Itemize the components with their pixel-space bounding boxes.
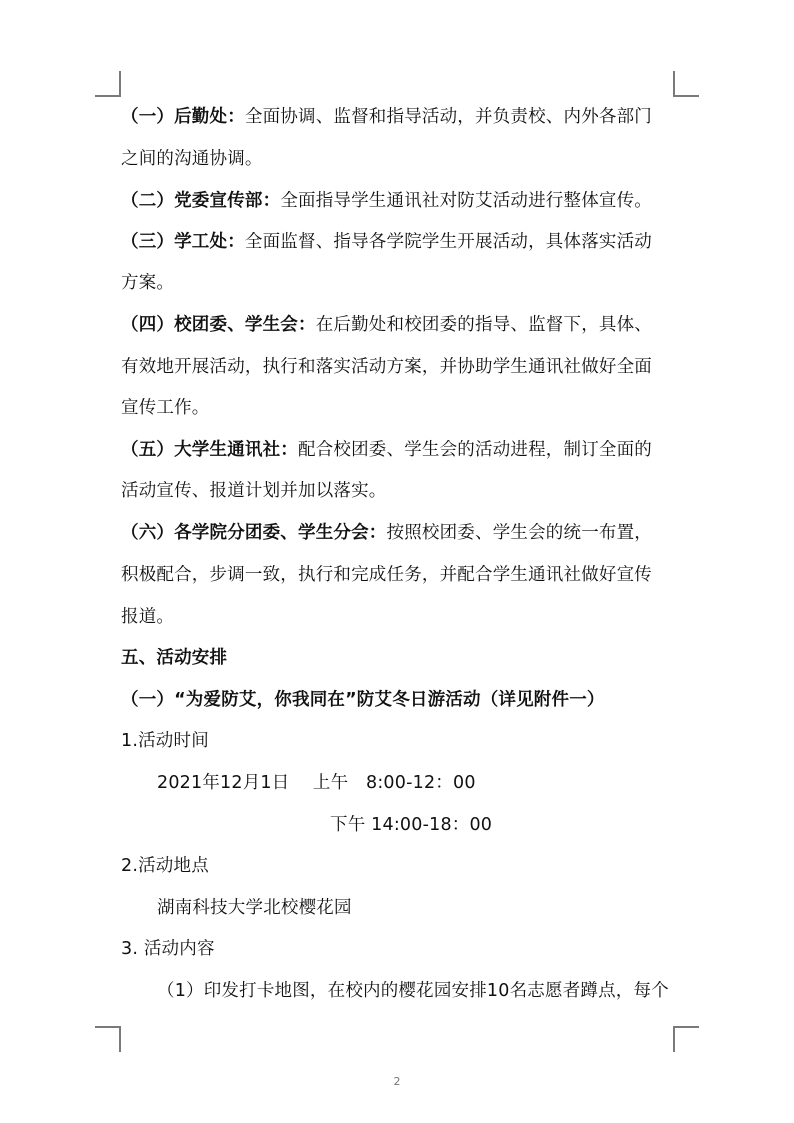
line-text: 2021年12月1日 上午 8:00-12：00 xyxy=(157,773,476,793)
paragraph-line: （五）大学生通讯社：配合校团委、学生会的活动进程，制订全面的 xyxy=(121,438,652,462)
bold-heading: （六）各学院分团委、学生分会： xyxy=(121,523,387,543)
paragraph-line: （二）党委宣传部：全面指导学生通讯社对防艾活动进行整体宣传。 xyxy=(121,189,652,213)
crop-mark-top-left-v xyxy=(119,71,121,97)
crop-mark-bottom-left-h xyxy=(95,1026,121,1028)
line-text: 之间的沟通协调。 xyxy=(121,149,263,169)
line-text: 湖南科技大学北校樱花园 xyxy=(157,898,352,918)
bold-heading: （一）“为爱防艾，你我同在”防艾冬日游活动（详见附件一） xyxy=(121,690,605,710)
line-text: 方案。 xyxy=(121,273,174,293)
line-text: 报道。 xyxy=(121,607,174,627)
paragraph-line: 方案。 xyxy=(121,271,174,295)
paragraph-line: （六）各学院分团委、学生分会：按照校团委、学生会的统一布置， xyxy=(121,521,652,545)
bold-heading: （二）党委宣传部： xyxy=(121,191,280,211)
item-heading: 1.活动时间 xyxy=(121,729,209,753)
time-line-morning: 2021年12月1日 上午 8:00-12：00 xyxy=(157,771,476,795)
line-text: 宣传工作。 xyxy=(121,398,210,418)
line-text: 有效地开展活动，执行和落实活动方案，并协助学生通讯社做好全面 xyxy=(121,357,652,377)
section-heading: 五、活动安排 xyxy=(121,646,227,670)
crop-mark-top-right-v xyxy=(673,71,675,97)
line-text: 配合校团委、学生会的活动进程，制订全面的 xyxy=(298,440,652,460)
line-text: 积极配合，步调一致，执行和完成任务，并配合学生通讯社做好宣传 xyxy=(121,565,652,585)
line-text: 3. 活动内容 xyxy=(121,939,215,959)
line-text: 活动宣传、报道计划并加以落实。 xyxy=(121,481,387,501)
page-number: 2 xyxy=(0,1075,794,1088)
crop-mark-bottom-right-h xyxy=(673,1026,699,1028)
line-text: 下午 14:00-18：00 xyxy=(330,815,492,835)
bold-heading: （三）学工处： xyxy=(121,232,245,252)
line-text: 全面协调、监督和指导活动，并负责校、内外各部门 xyxy=(245,107,652,127)
line-text: 1.活动时间 xyxy=(121,731,209,751)
paragraph-line: 之间的沟通协调。 xyxy=(121,147,263,171)
crop-mark-bottom-left-v xyxy=(119,1026,121,1052)
paragraph-line: 积极配合，步调一致，执行和完成任务，并配合学生通讯社做好宣传 xyxy=(121,563,652,587)
paragraph-line: 有效地开展活动，执行和落实活动方案，并协助学生通讯社做好全面 xyxy=(121,355,652,379)
paragraph-line: 报道。 xyxy=(121,605,174,629)
paragraph-line: （一）后勤处：全面协调、监督和指导活动，并负责校、内外各部门 xyxy=(121,105,652,129)
line-text: 2.活动地点 xyxy=(121,856,209,876)
crop-mark-bottom-right-v xyxy=(673,1026,675,1052)
line-text: 全面监督、指导各学院学生开展活动，具体落实活动 xyxy=(245,232,652,252)
paragraph-line: （1）印发打卡地图，在校内的樱花园安排10名志愿者蹲点，每个 xyxy=(157,979,669,1003)
paragraph-line: （三）学工处：全面监督、指导各学院学生开展活动，具体落实活动 xyxy=(121,230,652,254)
paragraph-line: 活动宣传、报道计划并加以落实。 xyxy=(121,479,387,503)
crop-mark-top-left-h xyxy=(95,95,121,97)
item-heading: 2.活动地点 xyxy=(121,854,209,878)
paragraph-line: （四）校团委、学生会：在后勤处和校团委的指导、监督下，具体、 xyxy=(121,313,652,337)
location-line: 湖南科技大学北校樱花园 xyxy=(157,896,352,920)
line-text: 全面指导学生通讯社对防艾活动进行整体宣传。 xyxy=(280,191,652,211)
subsection-heading: （一）“为爱防艾，你我同在”防艾冬日游活动（详见附件一） xyxy=(121,688,605,712)
line-text: （1）印发打卡地图，在校内的樱花园安排10名志愿者蹲点，每个 xyxy=(157,981,669,1001)
bold-heading: （四）校团委、学生会： xyxy=(121,315,316,335)
line-text: 按照校团委、学生会的统一布置， xyxy=(387,523,653,543)
time-line-afternoon: 下午 14:00-18：00 xyxy=(330,813,492,837)
bold-heading: 五、活动安排 xyxy=(121,648,227,668)
paragraph-line: 宣传工作。 xyxy=(121,396,210,420)
line-text: 在后勤处和校团委的指导、监督下，具体、 xyxy=(316,315,652,335)
item-heading: 3. 活动内容 xyxy=(121,937,215,961)
bold-heading: （一）后勤处： xyxy=(121,107,245,127)
bold-heading: （五）大学生通讯社： xyxy=(121,440,298,460)
crop-mark-top-right-h xyxy=(673,95,699,97)
